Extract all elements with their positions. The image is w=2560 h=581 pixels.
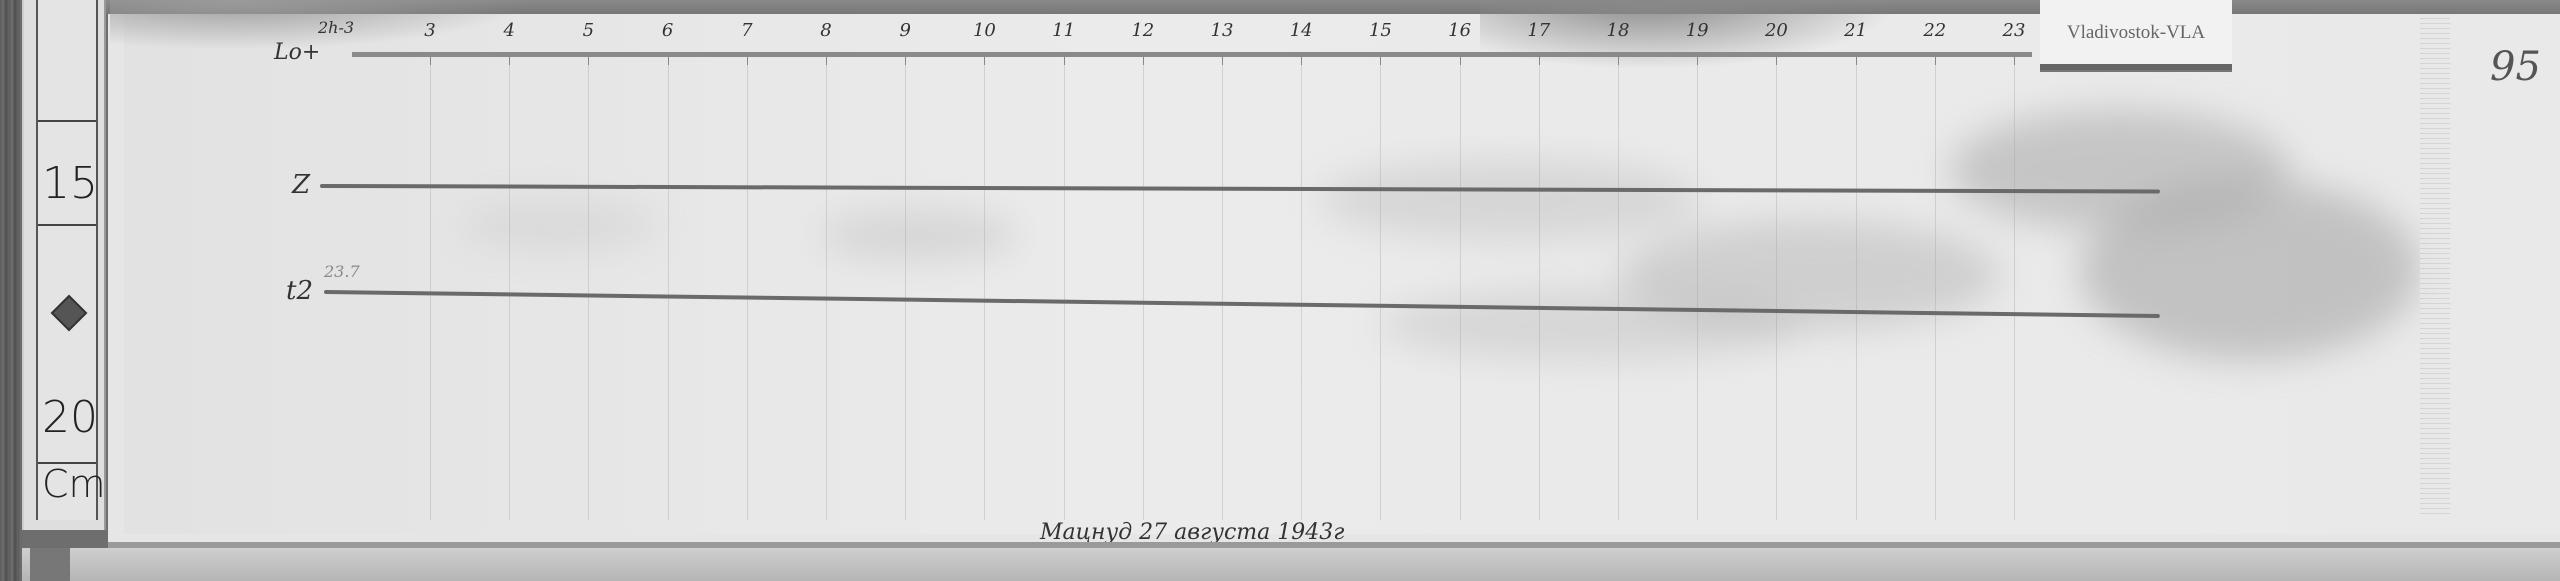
hour-tick-mark (905, 57, 906, 65)
recording-smudge (820, 210, 1020, 260)
recording-smudge (1380, 290, 1800, 360)
hour-tick-mark (1301, 57, 1302, 65)
trace-t2-note: 23.7 (324, 262, 360, 281)
hour-gridline (1697, 60, 1698, 520)
hour-gridline (1380, 60, 1381, 520)
ruler-divider (38, 120, 96, 122)
hour-tick-label: 10 (973, 20, 996, 41)
diamond-marker-icon (51, 295, 88, 332)
hour-tick-label: 23 (2003, 20, 2026, 41)
ruler-unit-label: Cm (42, 462, 94, 506)
hour-tick-mark (1856, 57, 1857, 65)
time-axis-start-label: 2h-3 (318, 18, 354, 37)
page-number: 95 (2490, 44, 2541, 90)
ruler-label-15: 15 (42, 158, 94, 209)
hour-gridline (2014, 60, 2015, 520)
recording-smudge (1320, 160, 1700, 240)
wooden-frame (0, 0, 22, 581)
hour-tick-label: 9 (899, 20, 910, 41)
hour-tick-label: 14 (1290, 20, 1313, 41)
trace-z-label: Z (292, 170, 310, 200)
hour-tick-mark (1697, 57, 1698, 65)
bottom-frame-corner (30, 548, 70, 581)
hour-tick-mark (1064, 57, 1065, 65)
origin-label: Lo+ (274, 40, 320, 65)
hour-tick-mark (1222, 57, 1223, 65)
hour-tick-mark (588, 57, 589, 65)
hour-tick-mark (1143, 57, 1144, 65)
trace-t2-label: t2 (286, 276, 313, 306)
hour-tick-label: 19 (1686, 20, 1709, 41)
hour-tick-mark (747, 57, 748, 65)
hour-tick-label: 3 (424, 20, 435, 41)
left-ruler-scale: 15 20 Cm (36, 0, 98, 520)
hour-gridline (430, 60, 431, 520)
hour-gridline (747, 60, 748, 520)
hour-gridline (905, 60, 906, 520)
hour-tick-label: 18 (1607, 20, 1630, 41)
hour-tick-label: 8 (820, 20, 831, 41)
recording-smudge (460, 200, 660, 250)
hour-gridline (509, 60, 510, 520)
hour-tick-label: 5 (583, 20, 594, 41)
hour-gridline (1618, 60, 1619, 520)
hour-tick-mark (826, 57, 827, 65)
hour-tick-label: 16 (1448, 20, 1471, 41)
ruler-divider (38, 224, 96, 226)
hour-gridline (1222, 60, 1223, 520)
station-label: Vladivostok-VLA (2040, 22, 2232, 44)
hour-gridline (1301, 60, 1302, 520)
hour-tick-label: 6 (662, 20, 673, 41)
hour-gridline (984, 60, 985, 520)
hour-tick-mark (668, 57, 669, 65)
time-axis-line (352, 52, 2032, 57)
hour-tick-label: 21 (1844, 20, 1867, 41)
hour-gridline (1776, 60, 1777, 520)
hour-gridline (668, 60, 669, 520)
hour-gridline (588, 60, 589, 520)
hour-gridline (1143, 60, 1144, 520)
hour-tick-label: 7 (741, 20, 752, 41)
hour-tick-label: 4 (503, 20, 514, 41)
hour-tick-mark (430, 57, 431, 65)
hour-tick-mark (2014, 57, 2015, 65)
hour-gridline (1064, 60, 1065, 520)
hour-tick-label: 13 (1211, 20, 1234, 41)
hour-gridline (1460, 60, 1461, 520)
hour-tick-label: 20 (1765, 20, 1788, 41)
hour-tick-mark (1618, 57, 1619, 65)
left-ruler: 15 20 Cm (22, 0, 106, 530)
hour-tick-mark (509, 57, 510, 65)
hour-tick-label: 11 (1052, 20, 1075, 41)
hour-tick-mark (1539, 57, 1540, 65)
hour-tick-mark (984, 57, 985, 65)
recording-smudge (2080, 180, 2420, 360)
hour-tick-mark (1380, 57, 1381, 65)
hour-tick-label: 22 (1923, 20, 1946, 41)
ruler-label-20: 20 (42, 392, 94, 443)
hour-tick-mark (1460, 57, 1461, 65)
hour-tick-mark (1776, 57, 1777, 65)
hour-gridline (1856, 60, 1857, 520)
station-label-card: Vladivostok-VLA (2040, 0, 2232, 70)
hour-gridline (1935, 60, 1936, 520)
hour-tick-label: 17 (1527, 20, 1550, 41)
hour-gridline (826, 60, 827, 520)
hour-tick-label: 15 (1369, 20, 1392, 41)
hour-tick-mark (1935, 57, 1936, 65)
hour-tick-label: 12 (1131, 20, 1154, 41)
right-scale (2420, 14, 2450, 514)
hour-gridline (1539, 60, 1540, 520)
bottom-frame-band (22, 548, 2560, 581)
